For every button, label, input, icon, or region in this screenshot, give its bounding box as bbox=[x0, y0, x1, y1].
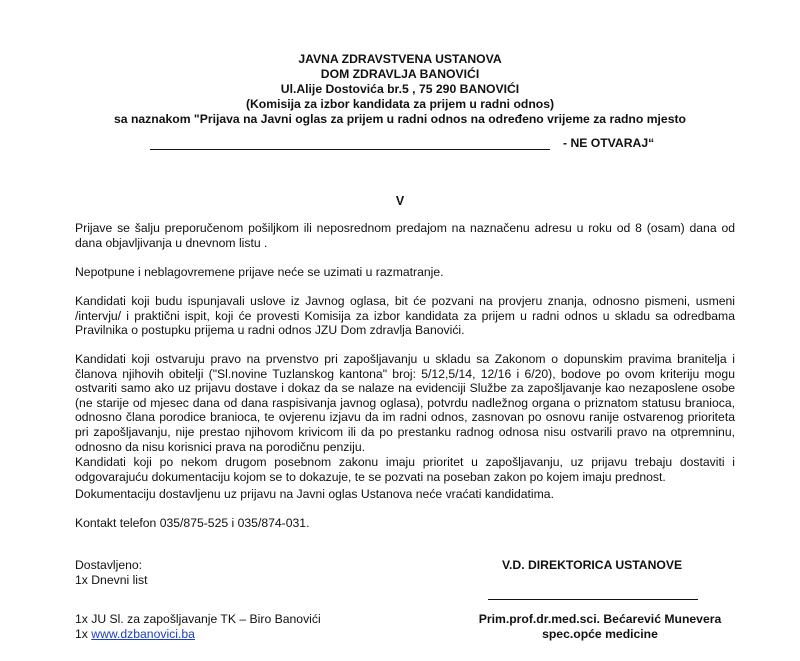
distribution-label: Dostavljeno: bbox=[75, 558, 147, 573]
section-number: V bbox=[0, 194, 800, 208]
signature-block: Prim.prof.dr.med.sci. Bećarević Munevera… bbox=[460, 612, 740, 641]
paragraph-contact: Kontakt telefon 035/875-525 i 035/874-03… bbox=[75, 516, 735, 531]
paragraph-incomplete: Nepotpune i neblagovremene prijave neće … bbox=[75, 265, 735, 280]
commission-name: (Komisija za izbor kandidata za prijem u… bbox=[0, 97, 800, 112]
distribution-item: 1x JU Sl. za zapošljavanje TK – Biro Ban… bbox=[75, 612, 321, 627]
signatory-name: Prim.prof.dr.med.sci. Bećarević Munevera bbox=[460, 612, 740, 627]
signatory-role: spec.opće medicine bbox=[460, 627, 740, 642]
website-link[interactable]: www.dzbanovici.ba bbox=[91, 627, 195, 641]
paragraph-documents: Dokumentaciju dostavljenu uz prijavu na … bbox=[75, 487, 735, 502]
institution-address: Ul.Alije Dostovića br.5 , 75 290 BANOVIĆ… bbox=[0, 82, 800, 97]
institution-name: DOM ZDRAVLJA BANOVIĆI bbox=[0, 67, 800, 82]
envelope-note: sa naznakom "Prijava na Javni oglas za p… bbox=[0, 112, 800, 127]
signature-line bbox=[488, 599, 698, 600]
paragraph-priority-other: Kandidati koji po nekom drugom posebnom … bbox=[75, 455, 735, 484]
director-title: V.D. DIREKTORICA USTANOVE bbox=[502, 558, 682, 572]
paragraph-exam: Kandidati koji budu ispunjavali uslove i… bbox=[75, 294, 735, 338]
distribution-item-web: 1x www.dzbanovici.ba bbox=[75, 627, 321, 642]
distribution-list-continued: 1x JU Sl. za zapošljavanje TK – Biro Ban… bbox=[75, 612, 321, 641]
web-prefix: 1x bbox=[75, 627, 91, 641]
do-not-open-note: - NE OTVARAJ“ bbox=[563, 136, 654, 150]
paragraph-submission: Prijave se šalju preporučenom pošiljkom … bbox=[75, 221, 735, 250]
position-blank-line bbox=[150, 139, 550, 150]
distribution-item: 1x Dnevni list bbox=[75, 573, 147, 588]
document-header: JAVNA ZDRAVSTVENA USTANOVA DOM ZDRAVLJA … bbox=[0, 52, 800, 127]
paragraph-priority-veterans: Kandidati koji ostvaruju pravo na prvens… bbox=[75, 352, 735, 454]
distribution-list: Dostavljeno: 1x Dnevni list bbox=[75, 558, 147, 587]
institution-type: JAVNA ZDRAVSTVENA USTANOVA bbox=[0, 52, 800, 67]
